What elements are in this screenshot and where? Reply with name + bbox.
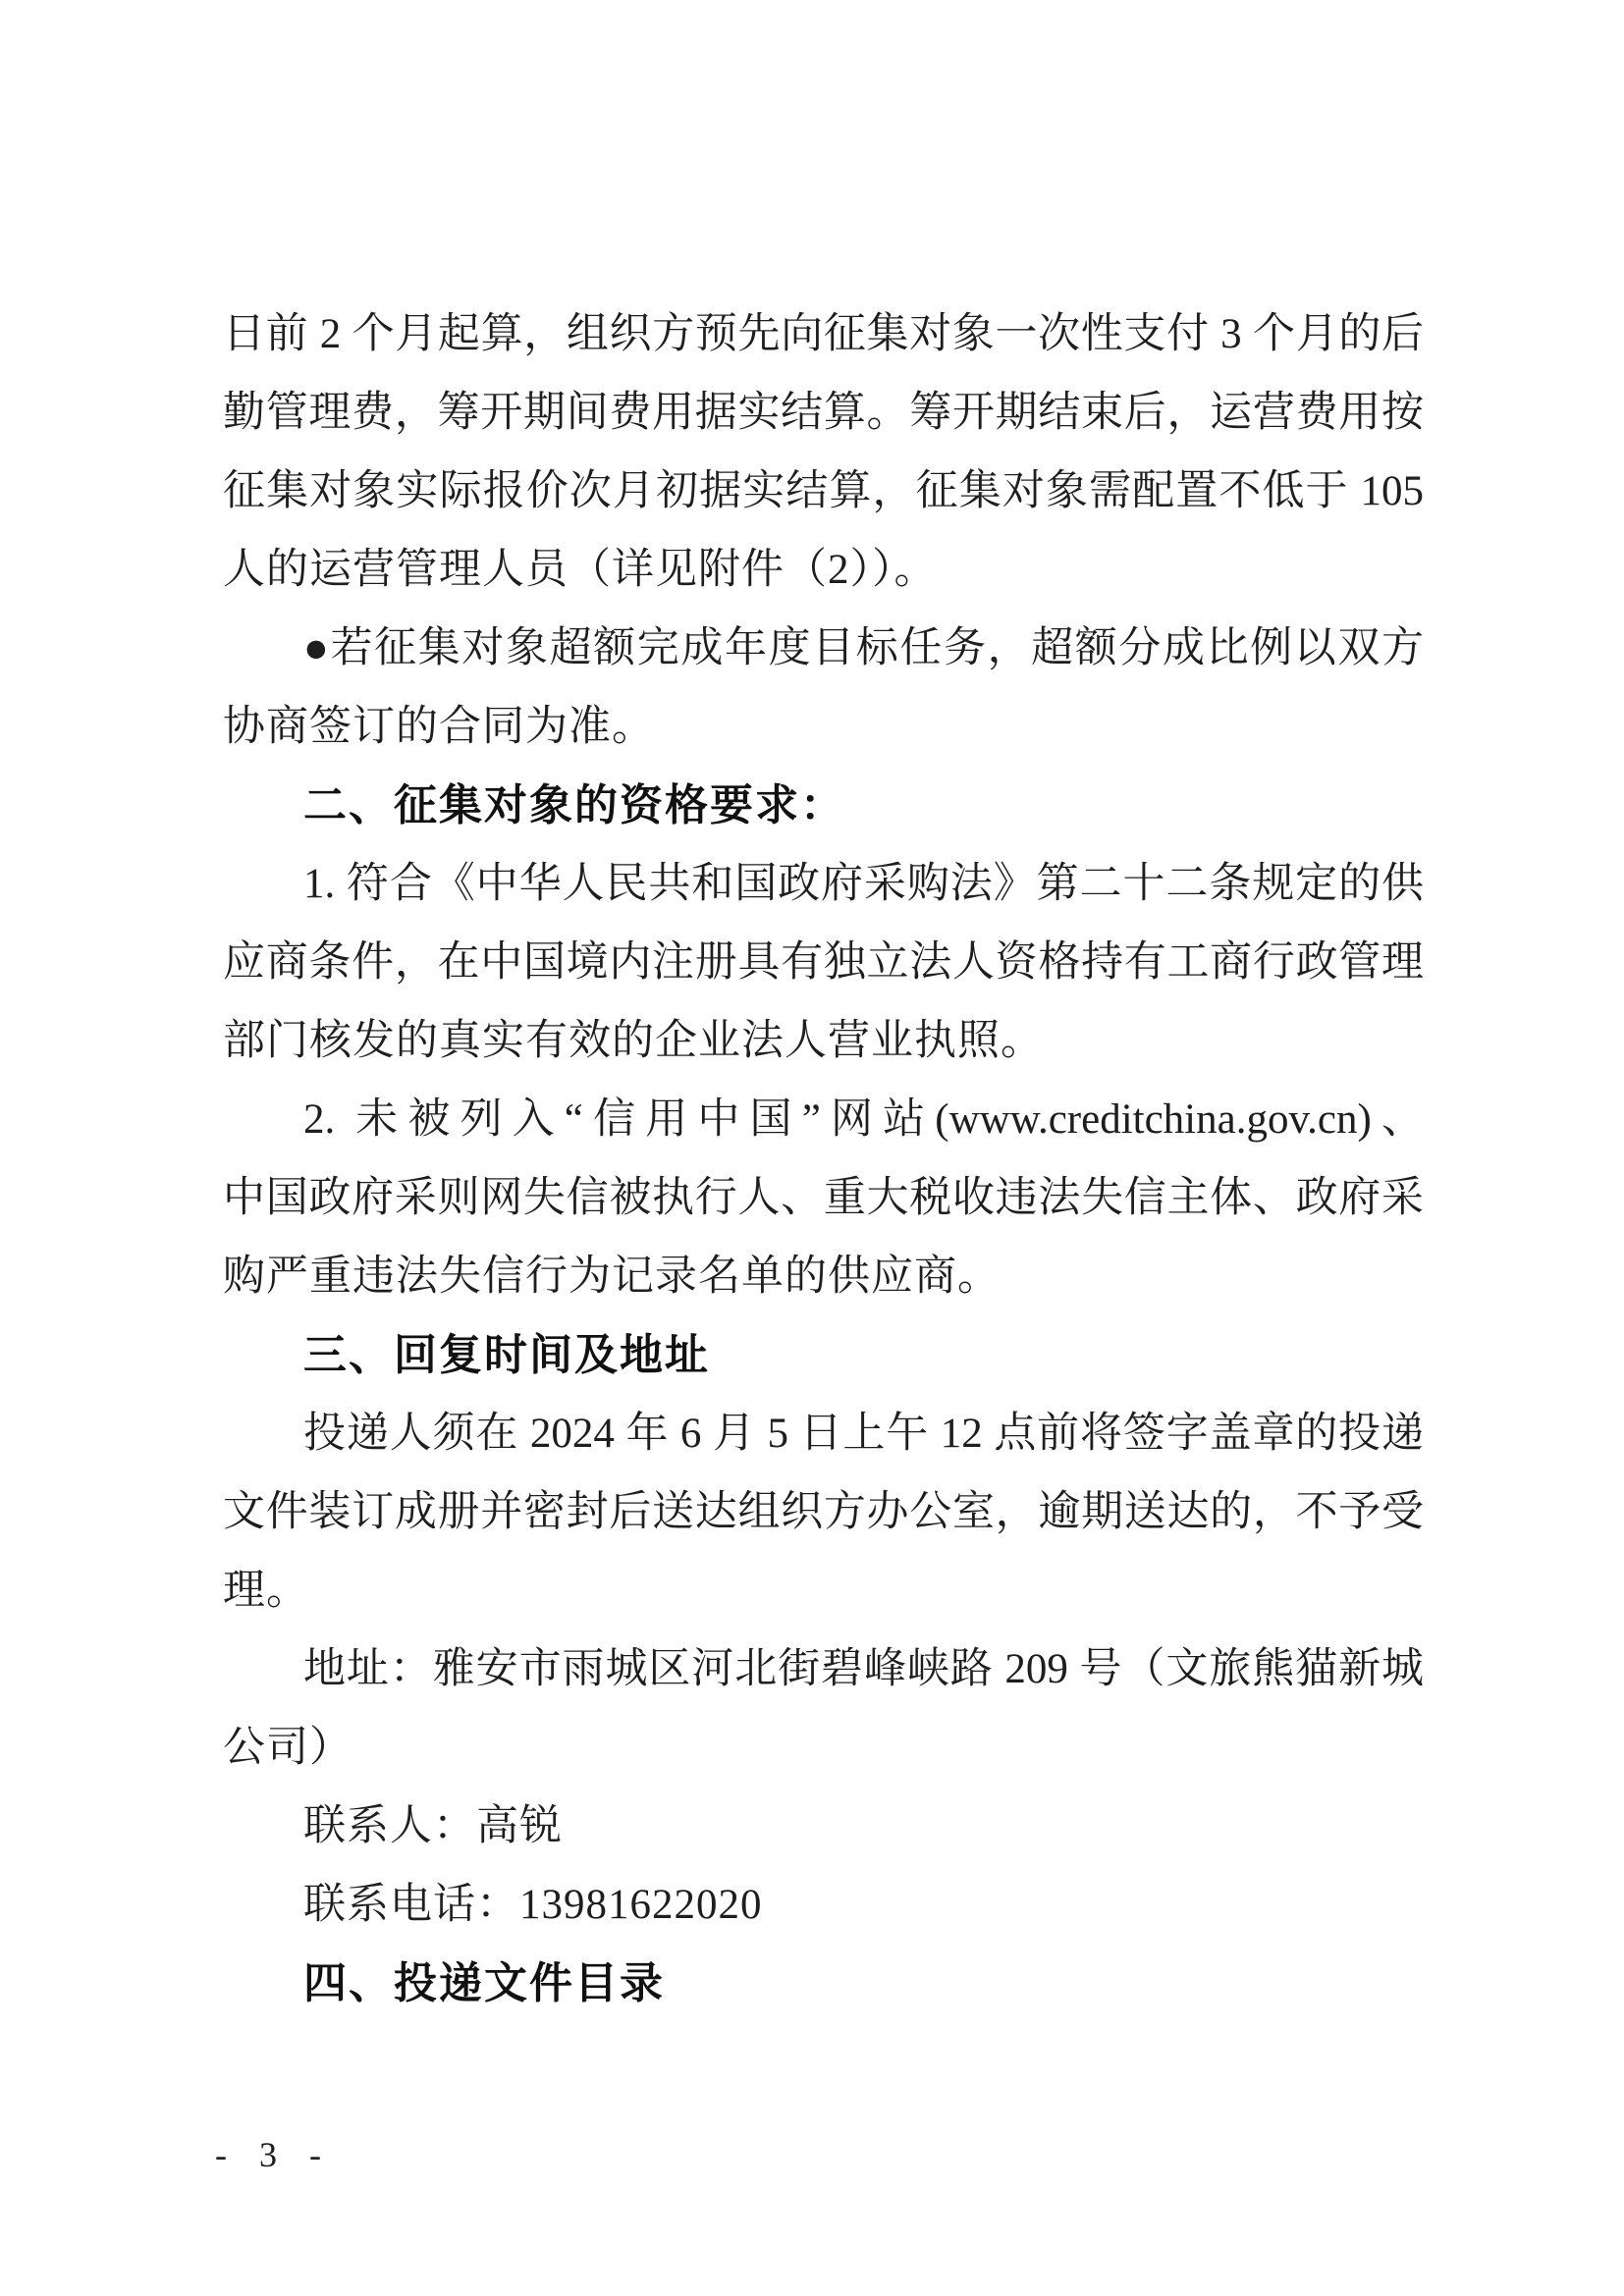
- page-number: - 3 -: [215, 2134, 333, 2175]
- text-line: 2. 未被列入“信用中国”网站(www.creditchina.gov.cn)、: [223, 1081, 1424, 1159]
- text-line: 部门核发的真实有效的企业法人营业执照。: [223, 1002, 1424, 1081]
- page-footer: - 3 -: [215, 2132, 333, 2177]
- text-line: 人的运营管理人员（详见附件（2））。: [223, 531, 1424, 610]
- text-line: 联系电话：13981622020: [223, 1866, 1424, 1945]
- text-line: 协商签订的合同为准。: [223, 688, 1424, 767]
- text-line: 理。: [223, 1552, 1424, 1630]
- text-line: 公司）: [223, 1709, 1424, 1788]
- section-heading: 二、征集对象的资格要求：: [223, 767, 1424, 845]
- text-line: 联系人：高锐: [223, 1788, 1424, 1866]
- text-line: 1. 符合《中华人民共和国政府采购法》第二十二条规定的供: [223, 845, 1424, 924]
- text-block: 日前 2 个月起算，组织方预先向征集对象一次性支付 3 个月的后勤管理费，筹开期…: [223, 295, 1424, 2023]
- text-line: 征集对象实际报价次月初据实结算，征集对象需配置不低于 105: [223, 453, 1424, 531]
- text-line: 投递人须在 2024 年 6 月 5 日上午 12 点前将签字盖章的投递: [223, 1395, 1424, 1473]
- section-heading: 三、回复时间及地址: [223, 1316, 1424, 1395]
- text-line: ●若征集对象超额完成年度目标任务，超额分成比例以双方: [223, 610, 1424, 688]
- text-line: 地址：雅安市雨城区河北街碧峰峡路 209 号（文旅熊猫新城: [223, 1630, 1424, 1709]
- text-line: 勤管理费，筹开期间费用据实结算。筹开期结束后，运营费用按: [223, 374, 1424, 453]
- text-line: 应商条件，在中国境内注册具有独立法人资格持有工商行政管理: [223, 924, 1424, 1002]
- text-line: 文件装订成册并密封后送达组织方办公室，逾期送达的，不予受: [223, 1473, 1424, 1552]
- section-heading: 四、投递文件目录: [223, 1945, 1424, 2023]
- text-line: 中国政府采则网失信被执行人、重大税收违法失信主体、政府采: [223, 1159, 1424, 1238]
- text-line: 购严重违法失信行为记录名单的供应商。: [223, 1238, 1424, 1316]
- text-line: 日前 2 个月起算，组织方预先向征集对象一次性支付 3 个月的后: [223, 295, 1424, 374]
- document-page: 日前 2 个月起算，组织方预先向征集对象一次性支付 3 个月的后勤管理费，筹开期…: [0, 0, 1624, 2296]
